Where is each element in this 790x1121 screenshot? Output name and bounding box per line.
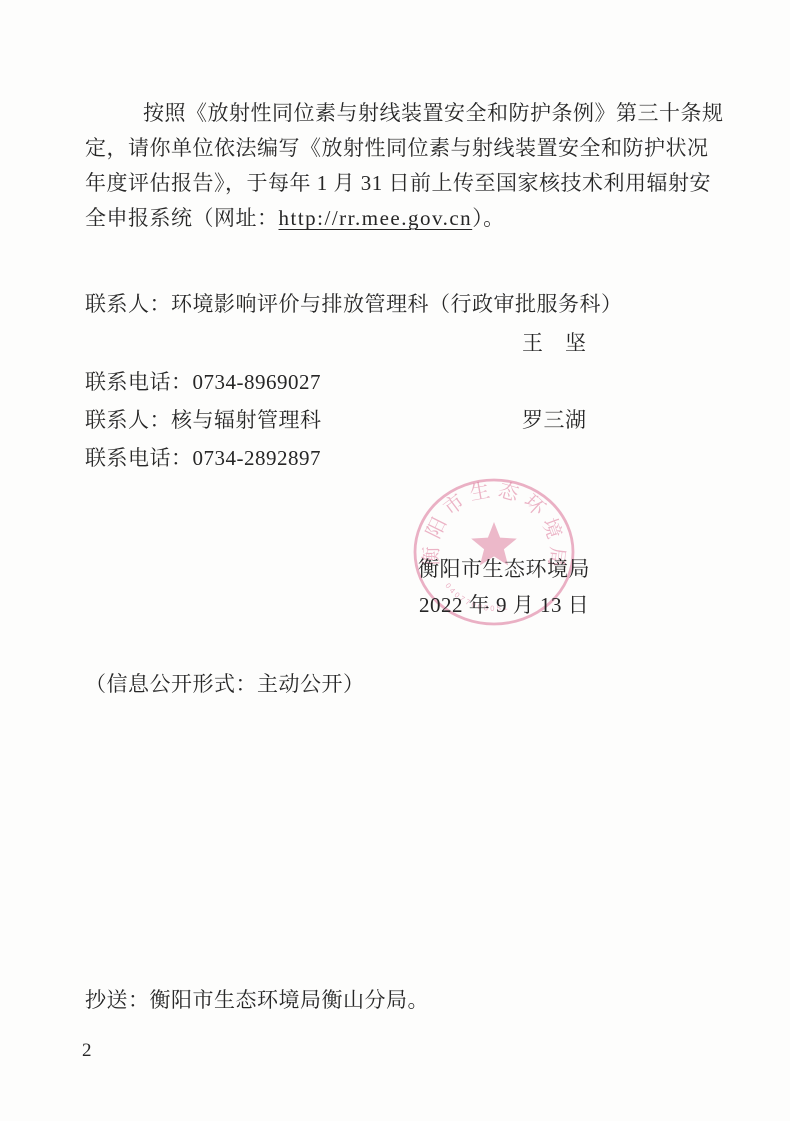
disclosure-note: （信息公开形式：主动公开） bbox=[85, 668, 365, 698]
paragraph-line-4: 全申报系统（网址：http://rr.mee.gov.cn）。 bbox=[85, 201, 725, 236]
contact1-person-name: 王 坚 bbox=[522, 330, 587, 356]
contact2-department-line: 联系人：核与辐射管理科 bbox=[85, 407, 322, 433]
paragraph-line-2: 定，请你单位依法编写《放射性同位素与射线装置安全和防护状况 bbox=[85, 131, 725, 166]
contact1-department-line: 联系人：环境影响评价与排放管理科（行政审批服务科） bbox=[85, 291, 623, 317]
paragraph-line-4-prefix: 全申报系统（网址： bbox=[85, 206, 279, 230]
paragraph-line-3: 年度评估报告》，于每年 1 月 31 日前上传至国家核技术利用辐射安 bbox=[85, 166, 725, 201]
contact1-phone-line: 联系电话：0734-8969027 bbox=[85, 369, 321, 395]
signature-date: 2022 年 9 月 13 日 bbox=[419, 592, 589, 618]
page-number: 2 bbox=[82, 1040, 92, 1062]
paragraph-line-1: 按照《放射性同位素与射线装置安全和防护条例》第三十条规 bbox=[85, 96, 725, 131]
document-page: 按照《放射性同位素与射线装置安全和防护条例》第三十条规 定，请你单位依法编写《放… bbox=[0, 0, 790, 1121]
contact2-person-name: 罗三湖 bbox=[522, 407, 587, 433]
paragraph-line-4-suffix: ）。 bbox=[472, 206, 505, 230]
report-system-url: http://rr.mee.gov.cn bbox=[279, 206, 473, 230]
signature-organization: 衡阳市生态环境局 bbox=[418, 556, 590, 582]
contact2-phone-line: 联系电话：0734-2892897 bbox=[85, 445, 321, 471]
cc-line: 抄送：衡阳市生态环境局衡山分局。 bbox=[85, 984, 429, 1014]
body-paragraph: 按照《放射性同位素与射线装置安全和防护条例》第三十条规 定，请你单位依法编写《放… bbox=[85, 96, 725, 236]
